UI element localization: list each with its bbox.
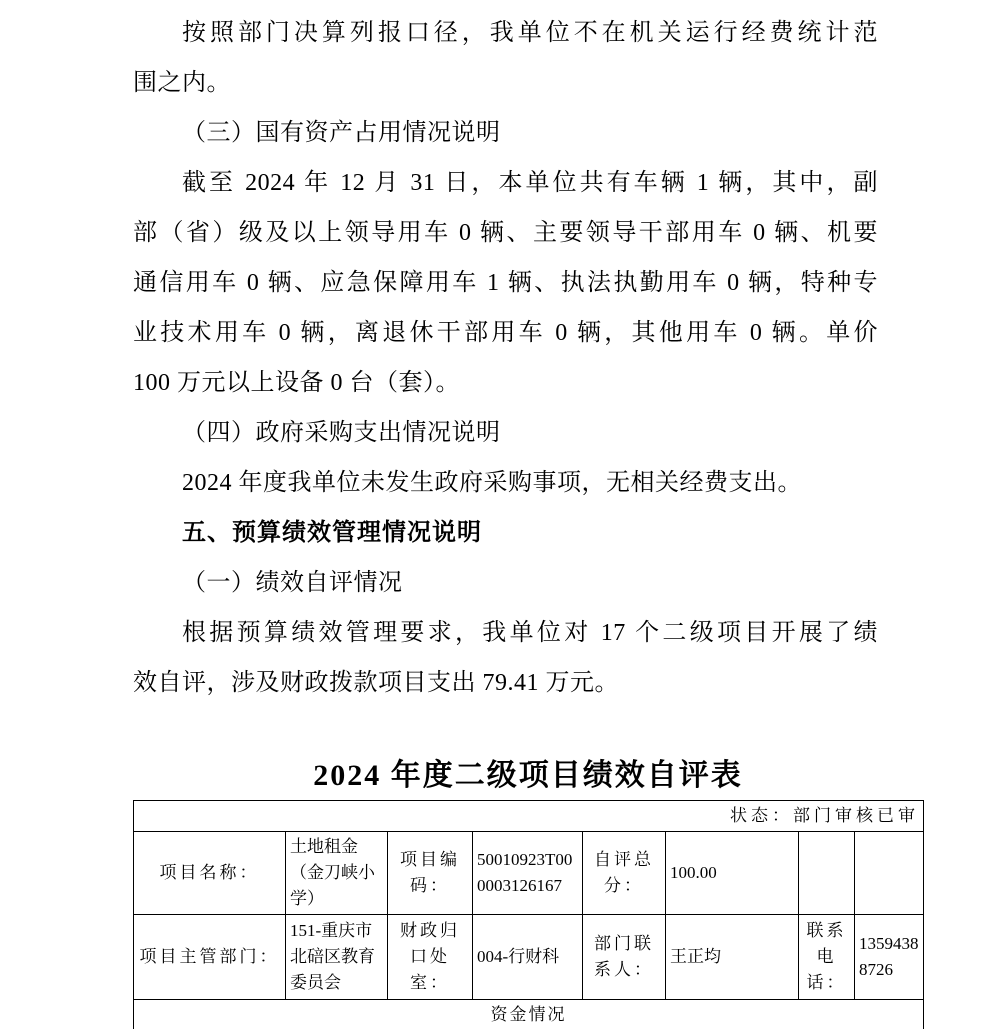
body-text-block: 按照部门决算列报口径，我单位不在机关运行经费统计范 围之内。 （三）国有资产占用… xyxy=(133,8,878,708)
funds-section-header: 资金情况 xyxy=(134,1000,924,1029)
project-info-row: 项目名称： 土地租金（金刀峡小学） 项目编码： 50010923T0000031… xyxy=(134,832,924,915)
body-line: 效自评，涉及财政拨款项目支出 79.41 万元。 xyxy=(133,658,878,708)
status-text: 状态：部门审核已审 xyxy=(134,801,924,832)
supervising-department-label: 项目主管部门： xyxy=(134,915,286,1000)
contact-phone-label: 联系电话： xyxy=(799,915,855,1000)
project-code-label: 项目编码： xyxy=(388,832,473,915)
body-line: 围之内。 xyxy=(133,58,878,108)
subsection-heading: （一）绩效自评情况 xyxy=(133,558,878,608)
supervising-department-value: 151-重庆市北碚区教育委员会 xyxy=(286,915,388,1000)
body-line: 部（省）级及以上领导用车 0 辆、主要领导干部用车 0 辆、机要 xyxy=(133,208,878,258)
subsection-heading: （三）国有资产占用情况说明 xyxy=(133,108,878,158)
department-info-row: 项目主管部门： 151-重庆市北碚区教育委员会 财政归口处室： 004-行财科 … xyxy=(134,915,924,1000)
section-heading: 五、预算绩效管理情况说明 xyxy=(133,508,878,558)
body-line: 截至 2024 年 12 月 31 日，本单位共有车辆 1 辆，其中，副 xyxy=(133,158,878,208)
body-line: 100 万元以上设备 0 台（套）。 xyxy=(133,358,878,408)
body-line: 按照部门决算列报口径，我单位不在机关运行经费统计范 xyxy=(133,8,878,58)
empty-cell xyxy=(855,832,924,915)
body-line: 根据预算绩效管理要求，我单位对 17 个二级项目开展了绩 xyxy=(133,608,878,658)
status-row: 状态：部门审核已审 xyxy=(134,801,924,832)
funds-section-row: 资金情况 xyxy=(134,1000,924,1029)
performance-self-evaluation-table: 状态：部门审核已审 项目名称： 土地租金（金刀峡小学） 项目编码： 500109… xyxy=(133,800,924,1029)
self-score-value: 100.00 xyxy=(666,832,799,915)
table-title: 2024 年度二级项目绩效自评表 xyxy=(133,750,923,794)
subsection-heading: （四）政府采购支出情况说明 xyxy=(133,408,878,458)
project-code-value: 50010923T000003126167 xyxy=(473,832,583,915)
project-name-label: 项目名称： xyxy=(134,832,286,915)
self-score-label: 自评总分： xyxy=(583,832,666,915)
document-page: 按照部门决算列报口径，我单位不在机关运行经费统计范 围之内。 （三）国有资产占用… xyxy=(0,0,1000,1029)
body-line: 通信用车 0 辆、应急保障用车 1 辆、执法执勤用车 0 辆，特种专 xyxy=(133,258,878,308)
contact-phone-value: 13594388726 xyxy=(855,915,924,1000)
contact-person-value: 王正均 xyxy=(666,915,799,1000)
empty-cell xyxy=(799,832,855,915)
body-line: 2024 年度我单位未发生政府采购事项，无相关经费支出。 xyxy=(133,458,878,508)
project-name-value: 土地租金（金刀峡小学） xyxy=(286,832,388,915)
body-line: 业技术用车 0 辆，离退休干部用车 0 辆，其他用车 0 辆。单价 xyxy=(133,308,878,358)
finance-office-label: 财政归口处室： xyxy=(388,915,473,1000)
contact-person-label: 部门联系人： xyxy=(583,915,666,1000)
finance-office-value: 004-行财科 xyxy=(473,915,583,1000)
